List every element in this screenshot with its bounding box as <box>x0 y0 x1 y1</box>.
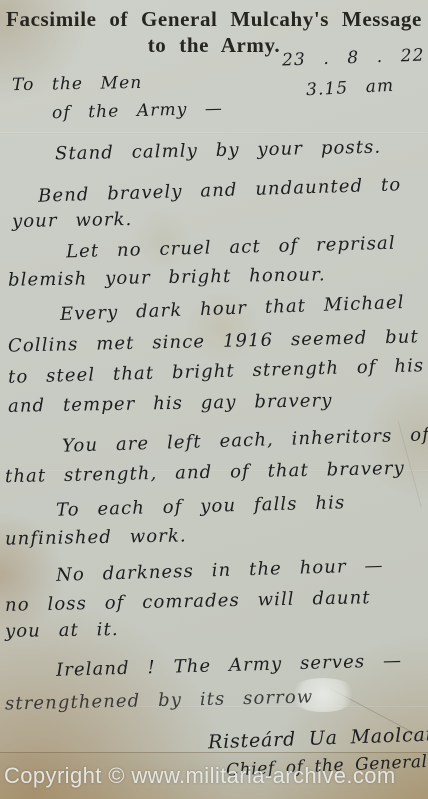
handwritten-salutation-line: of the Army — <box>52 99 223 123</box>
document-photo: Facsimile of General Mulcahy's Message t… <box>0 0 428 799</box>
handwritten-line: Bend bravely and undaunted to <box>38 174 402 206</box>
handwritten-line: Collins met since 1916 seemed but <box>8 326 419 356</box>
handwritten-line: your work. <box>12 209 133 232</box>
handwritten-date: 23 . 8 . 22 <box>282 46 425 71</box>
handwritten-line: Ireland ! The Army serves — <box>56 650 403 681</box>
signature-name: Risteárd Ua Maolcatha <box>208 723 428 754</box>
handwritten-line: Stand calmly by your posts. <box>55 137 382 165</box>
handwritten-line: no loss of comrades will daunt <box>5 587 371 616</box>
handwritten-time: 3.15 am <box>306 76 395 101</box>
handwritten-line: Every dark hour that Michael <box>60 292 405 325</box>
handwritten-line: you at it. <box>5 619 119 642</box>
copyright-watermark: Copyright © www.militaria-archive.com <box>4 763 396 789</box>
handwritten-line: that strength, and of that bravery <box>5 458 405 487</box>
handwritten-line: to steel that bright strength of his <box>8 355 425 388</box>
handwritten-line: unfinished work. <box>5 525 187 549</box>
handwritten-salutation-line: To the Men <box>12 73 143 95</box>
handwritten-line: blemish your bright honour. <box>8 264 326 291</box>
heading-line-1: Facsimile of General Mulcahy's Message <box>0 6 428 32</box>
handwritten-line: Let no cruel act of reprisal <box>66 233 396 263</box>
handwritten-line: strengthened by its sorrow <box>5 687 314 715</box>
handwritten-line: and temper his gay bravery <box>8 390 333 417</box>
handwritten-line: No darkness in the hour — <box>56 555 384 586</box>
paper-crease <box>0 132 428 134</box>
handwritten-line: To each of you falls his <box>56 492 346 521</box>
handwritten-line: You are left each, inheritors of <box>62 424 428 457</box>
